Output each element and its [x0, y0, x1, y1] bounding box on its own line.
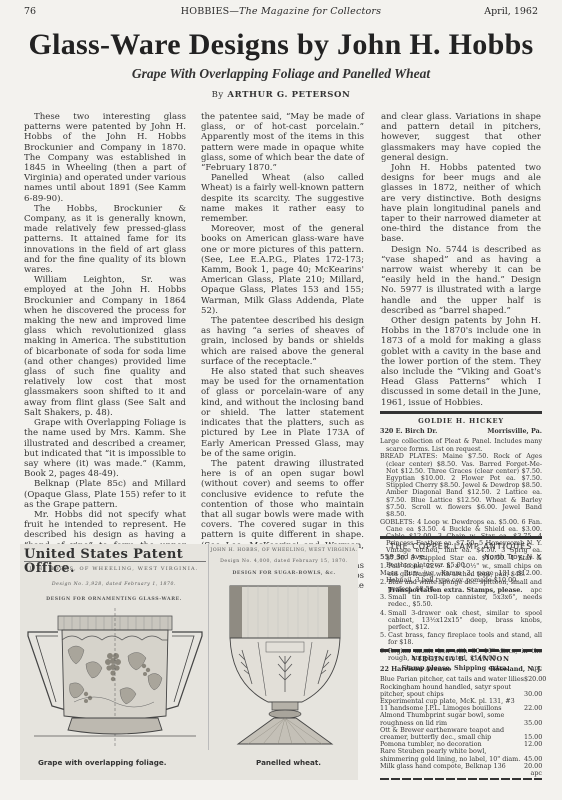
paragraph: The patentee described his design as hav… [201, 316, 364, 367]
wheat-sugar-bowl-drawing [228, 584, 342, 750]
issue-date: April, 1962 [484, 6, 538, 17]
running-head: 76 HOBBIES—The Magazine for Collectors A… [24, 6, 538, 20]
paragraph: and clear glass. Variations in shape and… [381, 112, 541, 163]
paragraph: The Hobbs, Brockunier & Company, as it i… [24, 204, 186, 275]
design-number: Design No. 3,928, dated February 1, 1870… [20, 582, 208, 587]
patent-grape-panel: United States Patent Office. J. H. HOBBS… [20, 544, 209, 750]
ad-divider [380, 649, 542, 652]
author-name: ARTHUR G. PETERSON [227, 90, 350, 100]
item-description: Rockingham hound handled, satyr spout pi… [380, 684, 524, 698]
ad-item: 1.Pair Icons, 22½" h. x 10½" w., small c… [380, 563, 542, 577]
ad-dealer-name: VIRGINIA B. CANNON [380, 656, 542, 663]
patent-illustration: United States Patent Office. J. H. HOBBS… [20, 544, 358, 780]
item-price: 22.00 [524, 705, 542, 712]
item-text: Cast brass, fancy fireplace tools and st… [388, 632, 542, 646]
item-description: Almond Thumbprint sugar bowl, some rough… [380, 712, 524, 726]
paragraph: Moreover, most of the general books on A… [201, 224, 364, 316]
item-price: $20.00 [524, 676, 542, 683]
ad-dealer-name: THE COPPER LAMP ANTIQUES [380, 543, 542, 550]
paragraph: John H. Hobbs patented two designs for b… [381, 163, 541, 245]
item-number: 3. [380, 594, 388, 608]
item-text: Blue and white sponge dec. spittoon, sma… [388, 579, 542, 593]
magazine-page: 76 HOBBIES—The Magazine for Collectors A… [0, 0, 562, 800]
article-title: Glass-Ware Designs by John H. Hobbs [20, 28, 542, 62]
article-column-3: and clear glass. Variations in shape and… [381, 112, 541, 408]
ad-divider [380, 536, 542, 539]
price-row: Rare Steuben pearly white bowl, shimmeri… [380, 748, 542, 762]
design-number: Design No. 4,000, dated February 15, 187… [210, 559, 358, 564]
paragraph: Belknap (Plate 85c) and Millard (Opaque … [24, 479, 186, 510]
patent-wheat-panel: JOHN H. HOBBS, OF WHEELING, WEST VIRGINI… [210, 544, 358, 750]
magazine-tagline: —The Magazine for Collectors [229, 6, 381, 17]
ad-item: 5.Cast brass, fancy fireplace tools and … [380, 632, 542, 646]
ad-city: North Troy, N. Y. [484, 553, 542, 560]
ad-line: Large collection of Pleat & Panel. Inclu… [380, 438, 542, 452]
item-number: 2. [380, 579, 388, 593]
classified-ad-virginia-cannon: VIRGINIA B. CANNON 22 Harrison Avenue Ro… [380, 649, 542, 784]
ad-street: 558 3rd Ave. [380, 553, 426, 560]
article-subtitle: Grape With Overlapping Foliage and Panel… [20, 66, 542, 82]
ad-price-list: Blue Parian pitcher, cat tails and water… [380, 676, 542, 770]
item-price: 12.00 [524, 741, 542, 748]
ad-item-list: 1.Pair Icons, 22½" h. x 10½" w., small c… [380, 563, 542, 662]
item-price: 35.00 [524, 720, 542, 727]
paragraph: He also stated that such sheaves may be … [201, 367, 364, 459]
ad-line: BREAD PLATES: Maine $7.50. Rock of Ages … [380, 453, 542, 518]
ad-code: apc [531, 770, 542, 777]
paragraph: Panelled Wheat (also called Wheat) is a … [201, 173, 364, 224]
ad-footer-spacer [380, 770, 531, 777]
caption-wheat: Panelled wheat. [256, 758, 321, 767]
price-row: Milk glass hand compote, Belknap 13620.0… [380, 763, 542, 770]
ad-street: 320 E. Birch Dr. [380, 428, 437, 435]
patentee-line: JOHN H. HOBBS, OF WHEELING, WEST VIRGINI… [210, 548, 358, 553]
ad-footer: apc [380, 770, 542, 777]
grape-sugar-bowl-drawing [24, 606, 206, 748]
item-text: Small 3-drawer oak chest, similar to spo… [388, 610, 542, 632]
paragraph: These two interesting glass patterns wer… [24, 112, 186, 204]
paragraph: Design No. 5744 is described as “vase sh… [381, 245, 541, 316]
ad-city: Roseland, N. J. [490, 666, 542, 673]
item-description: Milk glass hand compote, Belknap 136 [380, 763, 524, 770]
magazine-name: HOBBIES [181, 6, 230, 17]
item-text: Small tin roll-top cannister, 5x3x6", ne… [388, 594, 542, 608]
article-column-2: the patentee said, “May be made of glass… [201, 112, 364, 602]
price-row: Ott & Brewer earthenware teapot and crea… [380, 727, 542, 741]
design-title: DESIGN FOR SUGAR-BOWLS, &c. [210, 571, 358, 576]
ad-address: 558 3rd Ave. North Troy, N. Y. [380, 553, 542, 560]
ad-item: 4.Small 3-drawer oak chest, similar to s… [380, 610, 542, 632]
ad-address: 320 E. Birch Dr. Morrisville, Pa. [380, 428, 542, 435]
byline: By ARTHUR G. PETERSON [0, 90, 562, 100]
item-price: 30.00 [524, 691, 542, 698]
item-description: Ott & Brewer earthenware teapot and crea… [380, 727, 524, 741]
magazine-title: HOBBIES—The Magazine for Collectors [24, 6, 538, 17]
price-row: Rockingham hound handled, satyr spout pi… [380, 684, 542, 698]
article-column-1: These two interesting glass patterns wer… [24, 112, 186, 592]
paragraph: Grape with Overlapping Foliage is the na… [24, 418, 186, 479]
ad-item: 3.Small tin roll-top cannister, 5x3x6", … [380, 594, 542, 608]
byline-prefix: By [212, 90, 224, 100]
caption-grape: Grape with overlapping foliage. [38, 758, 166, 767]
paragraph: William Leighton, Sr. was employed at th… [24, 275, 186, 418]
patent-office-header: United States Patent Office. [24, 548, 206, 562]
item-description: Rare Steuben pearly white bowl, shimmeri… [380, 748, 524, 762]
ad-street: 22 Harrison Avenue [380, 666, 451, 673]
ad-city: Morrisville, Pa. [487, 428, 542, 435]
design-title: DESIGN FOR ORNAMENTING GLASS-WARE. [20, 597, 208, 602]
ad-item: 2.Blue and white sponge dec. spittoon, s… [380, 579, 542, 593]
patentee-line: J. H. HOBBS, OF WHEELING, WEST VIRGINIA. [20, 566, 208, 572]
ad-divider [380, 411, 542, 414]
item-number: 5. [380, 632, 388, 646]
ad-address: 22 Harrison Avenue Roseland, N. J. [380, 666, 542, 673]
item-number: 4. [380, 610, 388, 632]
ad-dealer-name: GOLDIE H. HICKEY [380, 418, 542, 425]
paragraph: the patentee said, “May be made of glass… [201, 112, 364, 173]
ad-divider [380, 778, 542, 780]
price-row: Almond Thumbprint sugar bowl, some rough… [380, 712, 542, 726]
item-number: 1. [380, 563, 388, 577]
item-text: Pair Icons, 22½" h. x 10½" w., small chi… [388, 563, 542, 577]
paragraph: Other design patents by John H. Hobbs in… [381, 316, 541, 408]
